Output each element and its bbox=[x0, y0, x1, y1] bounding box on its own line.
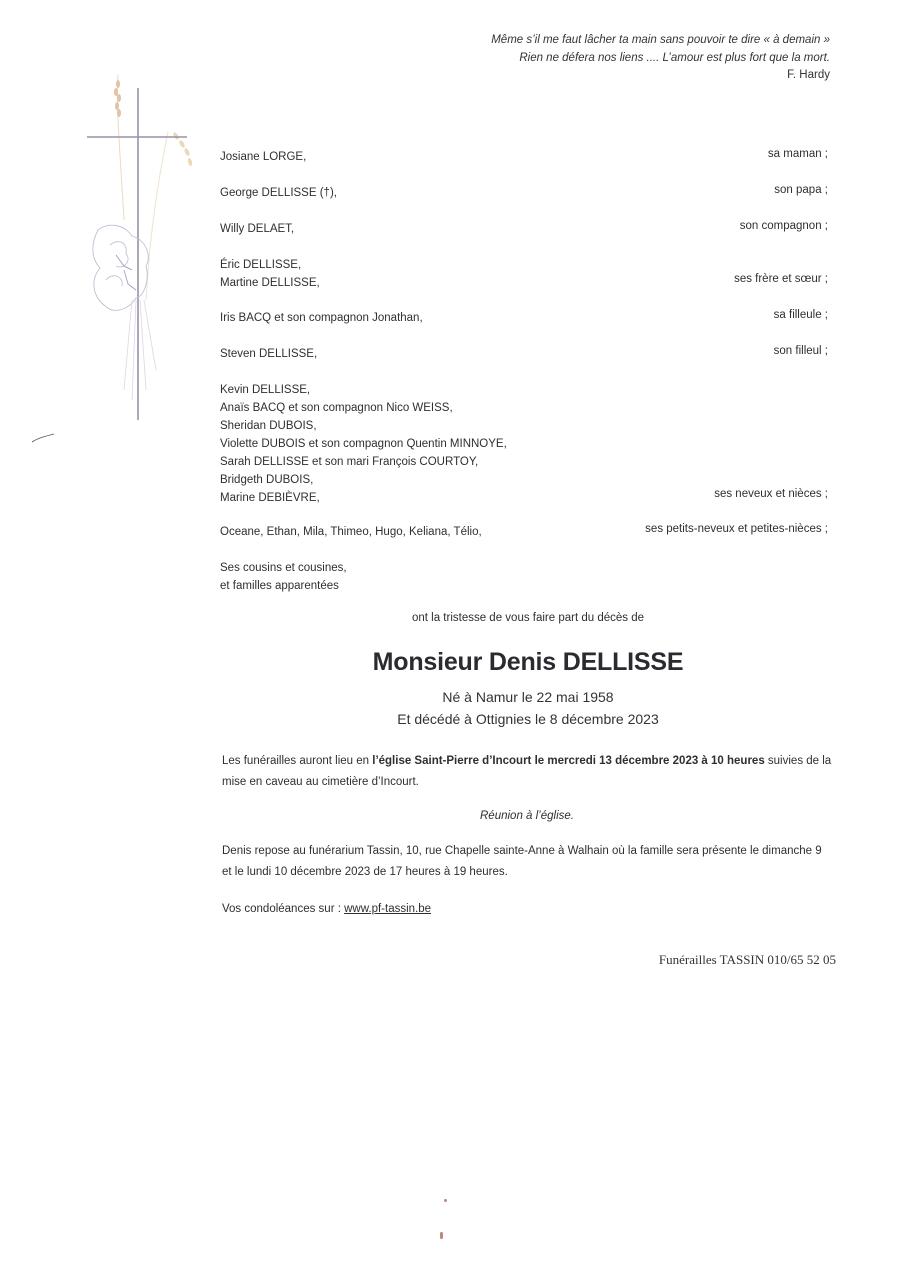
funeral-text: Les funérailles auront lieu en bbox=[222, 755, 372, 767]
family-name: et familles apparentées bbox=[220, 577, 347, 595]
family-name: Martine DELLISSE, bbox=[220, 274, 320, 292]
family-relation: son filleul ; bbox=[774, 342, 828, 360]
deceased-name: Monsieur Denis DELLISSE bbox=[372, 648, 684, 677]
family-name: Sheridan DUBOIS, bbox=[220, 417, 507, 435]
family-name: Éric DELLISSE, bbox=[220, 256, 320, 274]
family-name: Iris BACQ et son compagnon Jonathan, bbox=[220, 309, 423, 327]
visitation-info: Denis repose au funérarium Tassin, 10, r… bbox=[222, 841, 832, 883]
meeting-note: Réunion à l’église. bbox=[222, 810, 832, 822]
obituary-page: Même s’il me faut lâcher ta main sans po… bbox=[0, 0, 902, 1280]
family-name: Anaïs BACQ et son compagnon Nico WEISS, bbox=[220, 399, 507, 417]
death-info: Et décédé à Ottignies le 8 décembre 2023 bbox=[372, 711, 684, 727]
family-name: Bridgeth DUBOIS, bbox=[220, 471, 507, 489]
scan-speck bbox=[444, 1199, 447, 1202]
quote-line: Même s’il me faut lâcher ta main sans po… bbox=[491, 32, 830, 50]
funeral-home-footer: Funérailles TASSIN 010/65 52 05 bbox=[659, 952, 836, 968]
family-relation: sa filleule ; bbox=[774, 306, 828, 324]
family-name: Kevin DELLISSE, bbox=[220, 381, 507, 399]
family-relation: ses neveux et nièces ; bbox=[714, 485, 828, 503]
cross-with-wheat-and-flowers-icon bbox=[20, 70, 210, 460]
family-relation: ses petits-neveux et petites-nièces ; bbox=[645, 520, 828, 538]
family-name: Steven DELLISSE, bbox=[220, 345, 317, 363]
family-name: Sarah DELLISSE et son mari François COUR… bbox=[220, 453, 507, 471]
quote-line: Rien ne défera nos liens .... L’amour es… bbox=[491, 50, 830, 68]
family-relation: son papa ; bbox=[774, 181, 828, 199]
family-relation: son compagnon ; bbox=[740, 217, 828, 235]
family-name: Willy DELAET, bbox=[220, 220, 294, 238]
family-name: Josiane LORGE, bbox=[220, 148, 306, 166]
birth-info: Né à Namur le 22 mai 1958 bbox=[372, 689, 684, 705]
family-name: George DELLISSE (†), bbox=[220, 184, 337, 202]
condolences-line: Vos condoléances sur : www.pf-tassin.be bbox=[222, 899, 832, 920]
family-name: Ses cousins et cousines, bbox=[220, 559, 347, 577]
family-relation: ses frère et sœur ; bbox=[734, 270, 828, 288]
family-name: Marine DEBIÈVRE, bbox=[220, 489, 507, 507]
family-relation: sa maman ; bbox=[768, 145, 828, 163]
quote-block: Même s’il me faut lâcher ta main sans po… bbox=[491, 32, 830, 85]
quote-author: F. Hardy bbox=[491, 67, 830, 85]
family-name: Violette DUBOIS et son compagnon Quentin… bbox=[220, 435, 507, 453]
condolences-link[interactable]: www.pf-tassin.be bbox=[344, 903, 431, 915]
scan-speck bbox=[440, 1232, 443, 1239]
funeral-info: Les funérailles auront lieu en l’église … bbox=[222, 751, 832, 793]
funeral-details: l’église Saint-Pierre d’Incourt le mercr… bbox=[372, 755, 764, 767]
family-name: Oceane, Ethan, Mila, Thimeo, Hugo, Kelia… bbox=[220, 523, 482, 541]
condolences-label: Vos condoléances sur : bbox=[222, 903, 344, 915]
announcement-intro: ont la tristesse de vous faire part du d… bbox=[372, 612, 684, 624]
